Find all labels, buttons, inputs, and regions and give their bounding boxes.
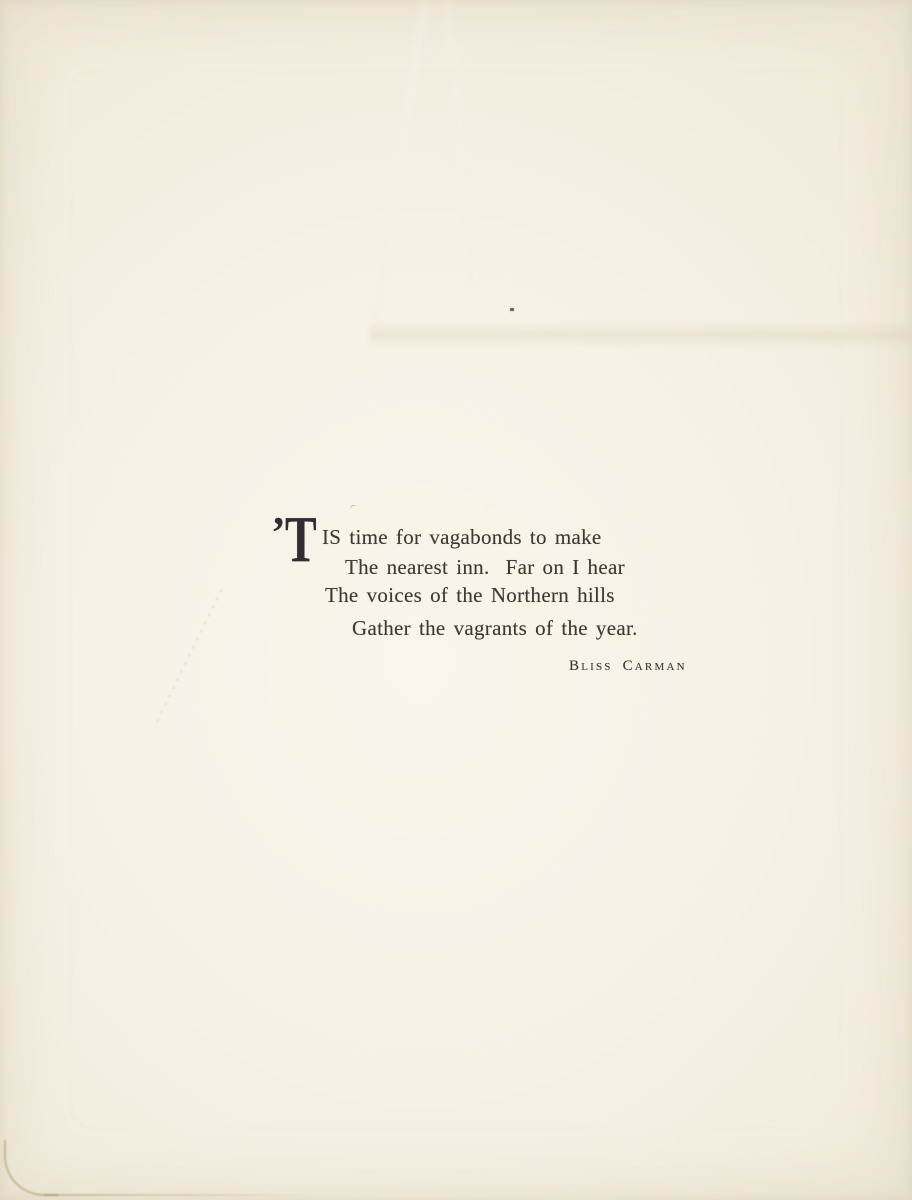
paper-crease-top-left [368,0,431,348]
drop-cap-initial: T [285,507,317,573]
page-bottom-edge [44,1194,320,1196]
poem-line-4: Gather the vagrants of the year. [352,618,638,639]
poem-line-1: IS time for vagabonds to make [322,527,602,548]
paper-crease-diagonal [156,589,223,723]
print-artifact-mark [349,504,358,513]
paper-crease-top-center [445,0,474,290]
drop-cap-apostrophe: ’ [271,511,286,555]
scanned-book-page: ’ T IS time for vagabonds to make The ne… [0,0,912,1200]
paper-shadow-band [370,322,912,348]
page-corner-edge [4,1140,58,1196]
poem-line-2: The nearest inn. Far on I hear [345,557,625,578]
paper-speck [510,308,514,311]
poem-attribution: Bliss Carman [569,659,687,674]
poem-line-3: The voices of the Northern hills [325,585,615,606]
